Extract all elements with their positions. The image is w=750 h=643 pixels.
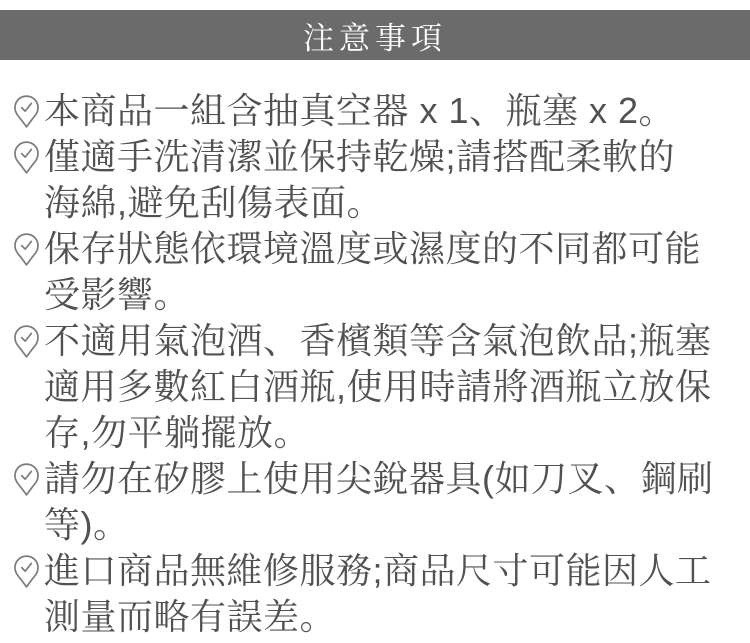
note-line: 存,勿平躺擺放。 xyxy=(44,410,712,456)
pin-check-icon xyxy=(14,134,44,174)
pin-check-icon xyxy=(14,88,44,128)
note-line: 進口商品無維修服務;商品尺寸可能因人工 xyxy=(44,548,712,594)
note-text: 保存狀態依環境溫度或濕度的不同都可能 受影響。 xyxy=(44,226,701,318)
pin-check-icon xyxy=(14,456,44,496)
note-item: 進口商品無維修服務;商品尺寸可能因人工 測量而略有誤差。 xyxy=(14,548,742,640)
note-item: 保存狀態依環境溫度或濕度的不同都可能 受影響。 xyxy=(14,226,742,318)
note-line: 適用多數紅白酒瓶,使用時請將酒瓶立放保 xyxy=(44,364,712,410)
note-text: 不適用氣泡酒、香檳類等含氣泡飲品;瓶塞 適用多數紅白酒瓶,使用時請將酒瓶立放保 … xyxy=(44,318,712,456)
note-item: 本商品一組含抽真空器 x 1、瓶塞 x 2。 xyxy=(14,88,742,134)
pin-check-icon xyxy=(14,548,44,588)
note-line: 請勿在矽膠上使用尖銳器具(如刀叉、鋼刷 xyxy=(44,456,714,502)
note-line: 測量而略有誤差。 xyxy=(44,594,712,640)
note-line: 僅適手洗清潔並保持乾燥;請搭配柔軟的 xyxy=(44,134,675,180)
note-item: 不適用氣泡酒、香檳類等含氣泡飲品;瓶塞 適用多數紅白酒瓶,使用時請將酒瓶立放保 … xyxy=(14,318,742,456)
notes-list: 本商品一組含抽真空器 x 1、瓶塞 x 2。 僅適手洗清潔並保持乾燥;請搭配柔軟… xyxy=(14,88,742,640)
note-text: 僅適手洗清潔並保持乾燥;請搭配柔軟的 海綿,避免刮傷表面。 xyxy=(44,134,675,226)
pin-check-icon xyxy=(14,226,44,266)
note-text: 本商品一組含抽真空器 x 1、瓶塞 x 2。 xyxy=(44,88,675,134)
section-header-bar: 注意事項 xyxy=(0,10,750,60)
notice-page: 注意事項 本商品一組含抽真空器 x 1、瓶塞 x 2。 xyxy=(0,0,750,643)
note-line: 受影響。 xyxy=(44,272,701,318)
section-title: 注意事項 xyxy=(303,13,447,58)
note-line: 本商品一組含抽真空器 x 1、瓶塞 x 2。 xyxy=(44,88,675,134)
note-item: 僅適手洗清潔並保持乾燥;請搭配柔軟的 海綿,避免刮傷表面。 xyxy=(14,134,742,226)
note-text: 進口商品無維修服務;商品尺寸可能因人工 測量而略有誤差。 xyxy=(44,548,712,640)
note-line: 保存狀態依環境溫度或濕度的不同都可能 xyxy=(44,226,701,272)
note-item: 請勿在矽膠上使用尖銳器具(如刀叉、鋼刷 等)。 xyxy=(14,456,742,548)
note-line: 不適用氣泡酒、香檳類等含氣泡飲品;瓶塞 xyxy=(44,318,712,364)
pin-check-icon xyxy=(14,318,44,358)
note-line: 等)。 xyxy=(44,502,714,548)
note-text: 請勿在矽膠上使用尖銳器具(如刀叉、鋼刷 等)。 xyxy=(44,456,714,548)
note-line: 海綿,避免刮傷表面。 xyxy=(44,180,675,226)
